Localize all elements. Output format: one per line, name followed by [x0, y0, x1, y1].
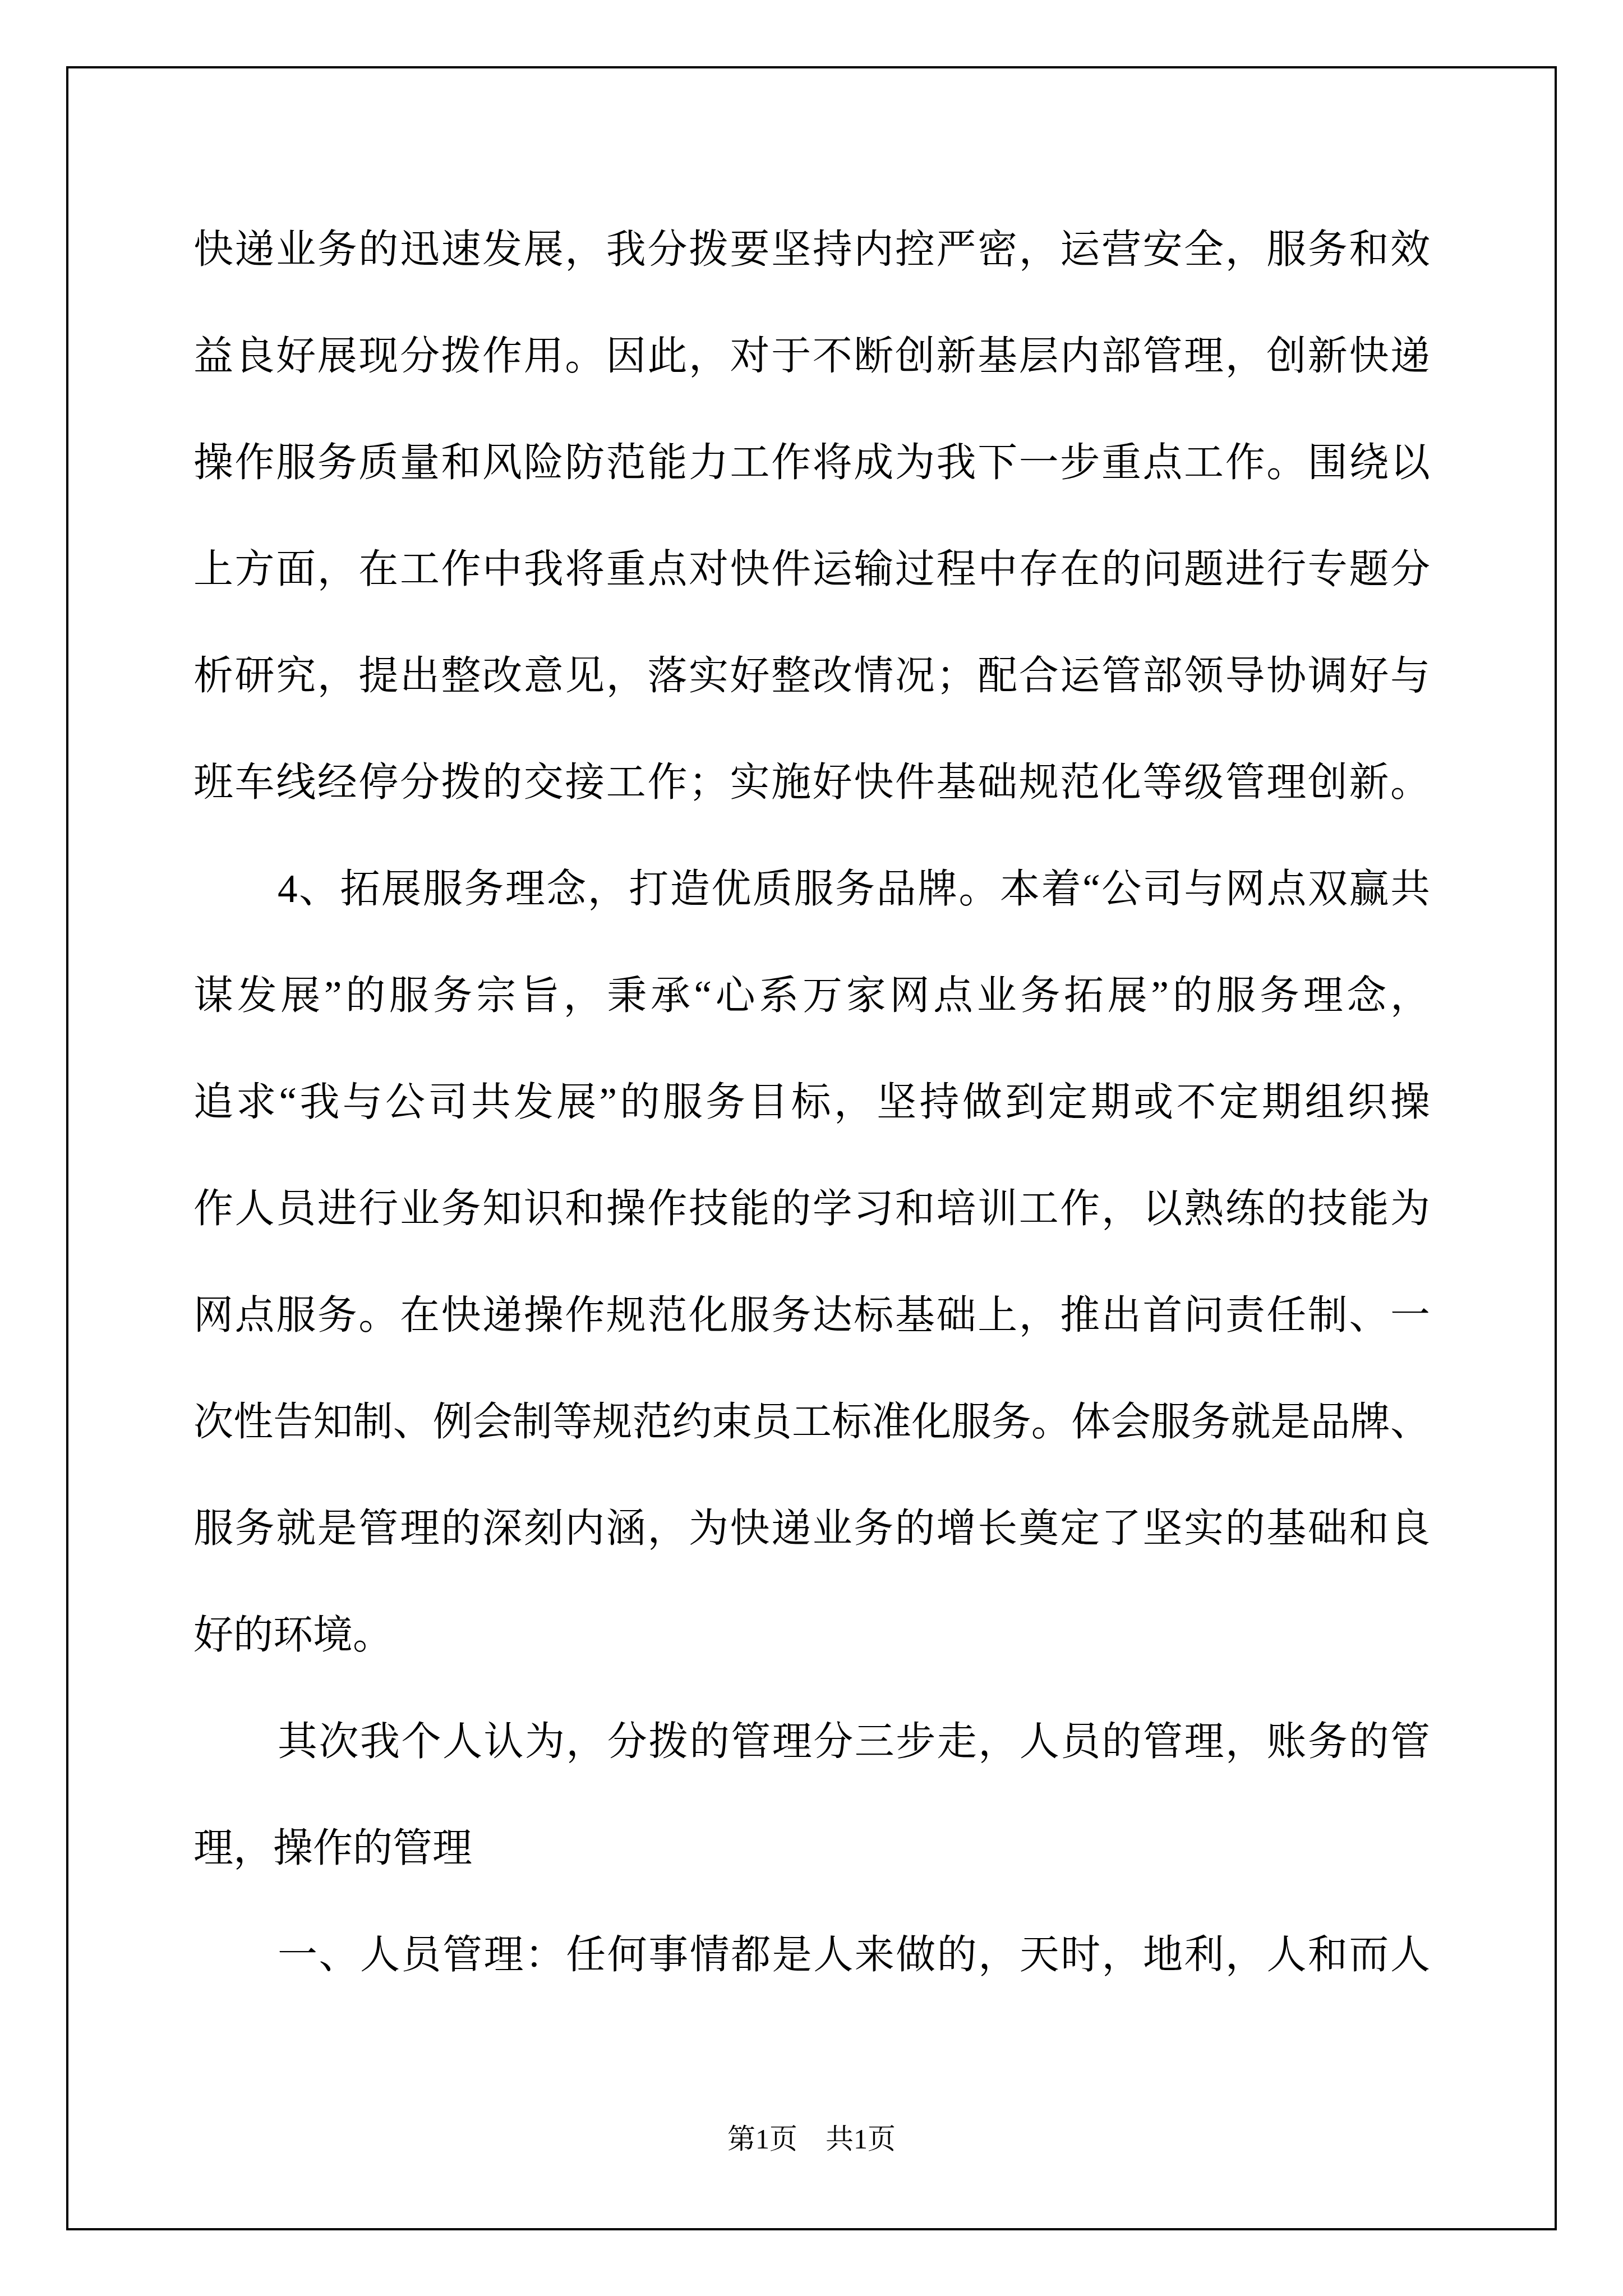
text-line: 好的环境。: [193, 1582, 1430, 1688]
document-body: 快递业务的迅速发展，我分拨要坚持内控严密，运营安全，服务和效 益良好展现分拨作用…: [193, 196, 1430, 2008]
text-line: 班车线经停分拨的交接工作；实施好快件基础规范化等级管理创新。: [193, 729, 1430, 836]
text-line: 追求“我与公司共发展”的服务目标，坚持做到定期或不定期组织操: [193, 1049, 1430, 1156]
text-line: 一、人员管理：任何事情都是人来做的，天时，地利，人和而人: [193, 1902, 1430, 2008]
text-line: 操作服务质量和风险防范能力工作将成为我下一步重点工作。围绕以: [193, 409, 1430, 516]
text-line: 次性告知制、例会制等规范约束员工标准化服务。体会服务就是品牌、: [193, 1369, 1430, 1475]
page-footer: 第1页 共1页: [0, 2122, 1623, 2156]
text-line: 益良好展现分拨作用。因此，对于不断创新基层内部管理，创新快递: [193, 303, 1430, 409]
text-line: 服务就是管理的深刻内涵，为快递业务的增长奠定了坚实的基础和良: [193, 1475, 1430, 1582]
text-line: 4、拓展服务理念，打造优质服务品牌。本着“公司与网点双赢共: [193, 836, 1430, 942]
text-line: 快递业务的迅速发展，我分拨要坚持内控严密，运营安全，服务和效: [193, 196, 1430, 303]
text-line: 理，操作的管理: [193, 1795, 1430, 1902]
text-line: 其次我个人认为，分拨的管理分三步走，人员的管理，账务的管: [193, 1688, 1430, 1795]
text-line: 谋发展”的服务宗旨，秉承“心系万家网点业务拓展”的服务理念，: [193, 942, 1430, 1049]
text-line: 作人员进行业务知识和操作技能的学习和培训工作，以熟练的技能为: [193, 1156, 1430, 1262]
text-line: 上方面，在工作中我将重点对快件运输过程中存在的问题进行专题分: [193, 516, 1430, 623]
text-line: 析研究，提出整改意见，落实好整改情况；配合运管部领导协调好与: [193, 623, 1430, 729]
text-line: 网点服务。在快递操作规范化服务达标基础上，推出首问责任制、一: [193, 1262, 1430, 1369]
page-number-label: 第1页 共1页: [727, 2123, 896, 2155]
